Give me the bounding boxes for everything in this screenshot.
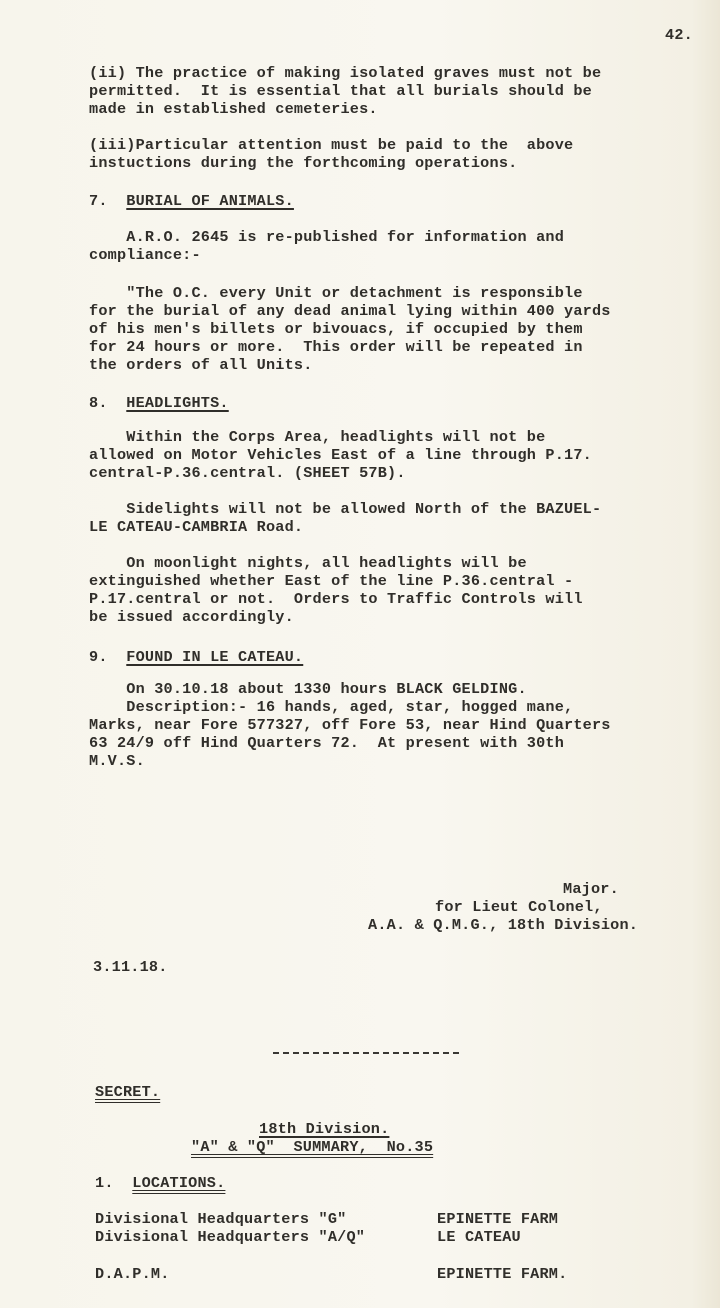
section-number: 9.	[89, 648, 108, 666]
divider	[273, 1052, 459, 1054]
text-line: Sidelights will not be allowed North of …	[89, 500, 601, 518]
location-unit: Divisional Headquarters "A/Q"	[95, 1228, 365, 1246]
summary-subtitle: "A" & "Q" SUMMARY, No.35	[191, 1138, 433, 1156]
text-line: for 24 hours or more. This order will be…	[89, 338, 583, 356]
section-heading-locations: 1. LOCATIONS.	[95, 1174, 225, 1192]
signature-rank: Major.	[563, 880, 619, 898]
text-line: made in established cemeteries.	[89, 100, 378, 118]
summary-title: 18th Division.	[259, 1120, 389, 1138]
location-unit: Divisional Headquarters "G"	[95, 1210, 346, 1228]
section-heading-7: 7. BURIAL OF ANIMALS.	[89, 192, 294, 210]
text-line: Marks, near Fore 577327, off Fore 53, ne…	[89, 716, 611, 734]
text-line: Description:- 16 hands, aged, star, hogg…	[89, 698, 573, 716]
section-heading-8: 8. HEADLIGHTS.	[89, 394, 229, 412]
text-line: extinguished whether East of the line P.…	[89, 572, 573, 590]
document-page: 42. (ii) The practice of making isolated…	[0, 0, 720, 1308]
text-line: A.R.O. 2645 is re-published for informat…	[89, 228, 564, 246]
section-title: LOCATIONS.	[132, 1174, 225, 1192]
text-line: instuctions during the forthcoming opera…	[89, 154, 517, 172]
document-date: 3.11.18.	[93, 958, 168, 976]
text-line: On 30.10.18 about 1330 hours BLACK GELDI…	[89, 680, 527, 698]
location-place: LE CATEAU	[437, 1228, 521, 1246]
location-place: EPINETTE FARM.	[437, 1265, 567, 1283]
text-line: 63 24/9 off Hind Quarters 72. At present…	[89, 734, 564, 752]
text-line: of his men's billets or bivouacs, if occ…	[89, 320, 583, 338]
signature-line: A.A. & Q.M.G., 18th Division.	[368, 916, 638, 934]
text-line: the orders of all Units.	[89, 356, 313, 374]
text-line: for the burial of any dead animal lying …	[89, 302, 611, 320]
classification-marking: SECRET.	[95, 1083, 160, 1101]
text-line: permitted. It is essential that all buri…	[89, 82, 592, 100]
text-line: P.17.central or not. Orders to Traffic C…	[89, 590, 583, 608]
text-line: compliance:-	[89, 246, 201, 264]
section-number: 7.	[89, 192, 108, 210]
text-line: "The O.C. every Unit or detachment is re…	[89, 284, 583, 302]
signature-line: for Lieut Colonel,	[435, 898, 603, 916]
section-title: BURIAL OF ANIMALS.	[126, 192, 294, 210]
section-title: FOUND IN LE CATEAU.	[126, 648, 303, 666]
text-line: allowed on Motor Vehicles East of a line…	[89, 446, 592, 464]
page-number: 42.	[665, 26, 693, 44]
text-line: (iii)Particular attention must be paid t…	[89, 136, 573, 154]
text-line: LE CATEAU-CAMBRIA Road.	[89, 518, 303, 536]
text-line: Within the Corps Area, headlights will n…	[89, 428, 545, 446]
text-line: On moonlight nights, all headlights will…	[89, 554, 527, 572]
section-number: 8.	[89, 394, 108, 412]
text-line: central-P.36.central. (SHEET 57B).	[89, 464, 406, 482]
text-line: (ii) The practice of making isolated gra…	[89, 64, 601, 82]
location-place: EPINETTE FARM	[437, 1210, 558, 1228]
section-heading-9: 9. FOUND IN LE CATEAU.	[89, 648, 303, 666]
text-line: be issued accordingly.	[89, 608, 294, 626]
section-title: HEADLIGHTS.	[126, 394, 228, 412]
location-unit: D.A.P.M.	[95, 1265, 170, 1283]
section-number: 1.	[95, 1174, 114, 1192]
text-line: M.V.S.	[89, 752, 145, 770]
